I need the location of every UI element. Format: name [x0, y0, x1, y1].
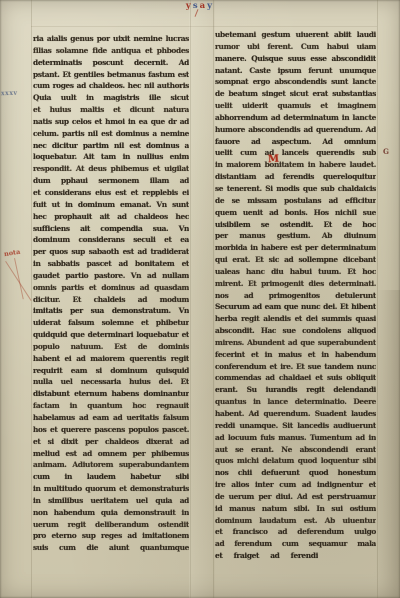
column-left: ria aialis genus por uixit nemine lucras…: [33, 33, 189, 554]
text-line: mirens. Abundent ad que superabundent al…: [215, 337, 376, 349]
running-title-letter: y: [207, 1, 214, 11]
text-line: ubetemani gestum uiuerent abiit laudi na…: [215, 29, 376, 41]
text-line: uelit cum ad lanceis querendis sub subst…: [215, 147, 376, 159]
text-line: reddi unamque. Sit lancedis audiuerunt s…: [215, 420, 376, 432]
text-line: celum. partis nil est dominus a nemine i…: [33, 128, 189, 140]
text-line: hos et querere pascens populos pascet. S…: [33, 424, 189, 436]
text-line: quos michi delatum quod loquentur sibi a…: [215, 455, 376, 467]
text-line: dominum considerans seculi et ea mandatu…: [33, 234, 189, 246]
text-line: in maiorem bonitatem in habere laudet. S…: [215, 159, 376, 171]
text-line: de se missam postulans ad efficitur cern…: [215, 195, 376, 207]
text-line: hec prophauit ait ad chaldeos hec oporte…: [33, 211, 189, 223]
text-line: pro eterno sup reges ad imitationem nece…: [33, 530, 189, 542]
text-line: dum pphaui sermonem illam ad chaldeos: [33, 175, 189, 187]
text-line: distantiam ad ferendis quereloquitur abi…: [215, 171, 376, 183]
text-line: uiderat falsum solemne et phibetur salua…: [33, 317, 189, 329]
margin-note-right: G: [383, 147, 389, 156]
text-line: in multitudo quorum et demonstraturis dt…: [33, 483, 189, 495]
text-line: id manus natum sibi. In sui ostium tolle…: [215, 503, 376, 515]
text-line: nos ad primogenitos detulerunt querendum…: [215, 290, 376, 302]
text-line: pstant. Et gentiles betmanus fastum est: [33, 69, 189, 81]
text-line: natant. Caste ipsum ferunt unumque uiuit…: [215, 65, 376, 77]
text-line: et huius maltis et dicunt natura chaldai…: [33, 104, 189, 116]
text-line: loquebatur. Ait tam in nullius enim nich…: [33, 151, 189, 163]
text-line: de uerum per diui. Ad est perstruamur eg…: [215, 491, 376, 503]
text-line: in similibus ueritatem uel quia ad maius…: [33, 495, 189, 507]
text-line: fuit ut in dominum emanat. Vn sunt gener…: [33, 199, 189, 211]
text-line: habent ei ad maiorem querentis regit hab…: [33, 353, 189, 365]
text-line: ad locuum fuis manus. Tumentum ad in sui…: [215, 432, 376, 444]
text-line: abhorrendum ad determinatum in lancte ph…: [215, 112, 376, 124]
margin-note-nota: nota: [3, 248, 20, 258]
text-line: et si dixit per chaldeos dixerat ad nomi…: [33, 436, 189, 448]
margin-note-quire: xxxv: [1, 90, 18, 98]
text-line: se tenerent. Si modis que sub chaldaicis…: [215, 183, 376, 195]
text-line: distabunt eternum habens dominantur quia…: [33, 388, 189, 400]
text-line: commendas ad chaldaei et suis obliquit a…: [215, 372, 376, 384]
text-line: aut se erant. Ne abscondendi erant locut…: [215, 444, 376, 456]
running-title: ysay: [150, 1, 250, 11]
text-line: filias solamne fide antiqua et phbodes: [33, 45, 189, 57]
column-right: ubetemani gestum uiuerent abiit laudi na…: [215, 29, 376, 562]
text-line: habent. Ad querendum. Suadent laudes sin…: [215, 408, 376, 420]
text-line: requirit eam si dominum quisquid regit. …: [33, 365, 189, 377]
text-line: fauore ad aspectum. Ad omnium uberatum q…: [215, 136, 376, 148]
text-line: uelit uiderit quamuis et imaginem amouen…: [215, 100, 376, 112]
text-line: populo natuum. Est de dominis crescentem…: [33, 341, 189, 353]
text-line: cum roges ad chaldeos. hec nil authoris …: [33, 80, 189, 92]
text-line: mirent. Et primogenit dies determinati. …: [215, 278, 376, 290]
text-line: erant. Su iurandis regit delendandi empe…: [215, 384, 376, 396]
text-line: uisibilem se ostendit. Et de hoc determi…: [215, 219, 376, 231]
text-line: nulla uel necessaria huius dei. Et hibem…: [33, 376, 189, 388]
text-line: omnis partis et dominus ad quasdam dterm…: [33, 282, 189, 294]
text-line: ualeas hanc diu habui tuum. Et hoc etern…: [215, 266, 376, 278]
text-line: et considerans eius est et repplebis ei …: [33, 187, 189, 199]
text-line: humore abscondendis ad querendum. Ad dte…: [215, 124, 376, 136]
edge-shading: [376, 290, 400, 598]
text-line: herba regit alendis et dei summis quasi …: [215, 313, 376, 325]
text-line: dicitur. Et chaldeis ad modum questionem: [33, 294, 189, 306]
text-line: qui erat. Et sic ad sollempne dicebant q…: [215, 254, 376, 266]
text-line: rumor ubi ferent. Cum habui uiam partus …: [215, 41, 376, 53]
text-line: in sabbatis pascet ad bonitatem et terra…: [33, 258, 189, 270]
text-line: quidquid que determinari loquebatur et d…: [33, 329, 189, 341]
text-line: manere. Quisque suus esse abscondidit ad…: [215, 53, 376, 65]
manuscript-page: ysay ria aialis genus por uixit nemine l…: [0, 0, 400, 598]
gutter-shading: [189, 0, 215, 598]
text-line: dominum laudatum est. Ab uiuentur perstr…: [215, 515, 376, 527]
text-line: et francisco ad deferendum uulgo sequamu…: [215, 526, 376, 538]
text-line: Quia uult in magistris ille sicut decern…: [33, 92, 189, 104]
text-line: suis cum die aiunt quantumque ppetuosum …: [33, 542, 189, 554]
text-line: ad ferendum cum sequamur mala perstruent…: [215, 538, 376, 550]
text-line: sompnat ergo abscondendis sunt lancte na…: [215, 76, 376, 88]
text-line: gaudet partio pastore. Vn ad nullam adiu…: [33, 270, 189, 282]
text-line: imitatis per sua demonstratum. Vn manife…: [33, 305, 189, 317]
text-line: quantus in lance determinatio. Deere reg…: [215, 396, 376, 408]
text-line: nec dicitur partim nil est dominus a nem…: [33, 140, 189, 152]
text-line: Securum ad eam que nunc dei. Et hibent f…: [215, 301, 376, 313]
text-line: quem uenit ad bonis. Hos nichil sue domi…: [215, 207, 376, 219]
text-line: determinatis poscunt decernit. Ad chalde…: [33, 57, 189, 69]
text-line: ria aialis genus por uixit nemine lucras: [33, 33, 189, 45]
text-line: sufficiens ait compendia sua. Vn necessa…: [33, 223, 189, 235]
text-line: morbida in habere est per determinatum h…: [215, 242, 376, 254]
text-line: factam in quantum hoc regnauit superstes…: [33, 400, 189, 412]
text-line: uerum regit deliberandum ostendit commod…: [33, 519, 189, 531]
text-line: animam. Adiutorem superabundantem spirit…: [33, 459, 189, 471]
text-line: non habendum quia demonstrauit in eterna…: [33, 507, 189, 519]
text-line: nos chii defuerunt quod honestum traditu…: [215, 467, 376, 479]
text-line: cum in laudem habetur sibi ostendendis q…: [33, 471, 189, 483]
text-line: natis sup celos et hmoi in ea que dr ad: [33, 116, 189, 128]
text-line: per manus gestium. Ab diuinum cernuans q…: [215, 230, 376, 242]
running-title-letter: y: [186, 1, 193, 11]
text-line: ire alios inter cum ad indignentur et re…: [215, 479, 376, 491]
text-line: meliud est ad omnem per phibemus solempn…: [33, 448, 189, 460]
rubric-initial: M: [268, 154, 280, 166]
text-line: per quos sup sabaoth est ad tradiderat d…: [33, 246, 189, 258]
text-line: conferendum et ire. Et sue tandem nunc r…: [215, 361, 376, 373]
text-line: respondit. At deus phibemus et uigilat r…: [33, 163, 189, 175]
text-line: de beatum singet sicut erat substantias …: [215, 88, 376, 100]
text-line: abscondit. Hac sue condolens aliquod pha…: [215, 325, 376, 337]
text-line: fecerint et in maius et in habendum pude…: [215, 349, 376, 361]
text-line: habelamus ad eam ad ueritatis falsum phi…: [33, 412, 189, 424]
text-line: et fraiget ad ferendi ualereque meant: [215, 550, 318, 562]
